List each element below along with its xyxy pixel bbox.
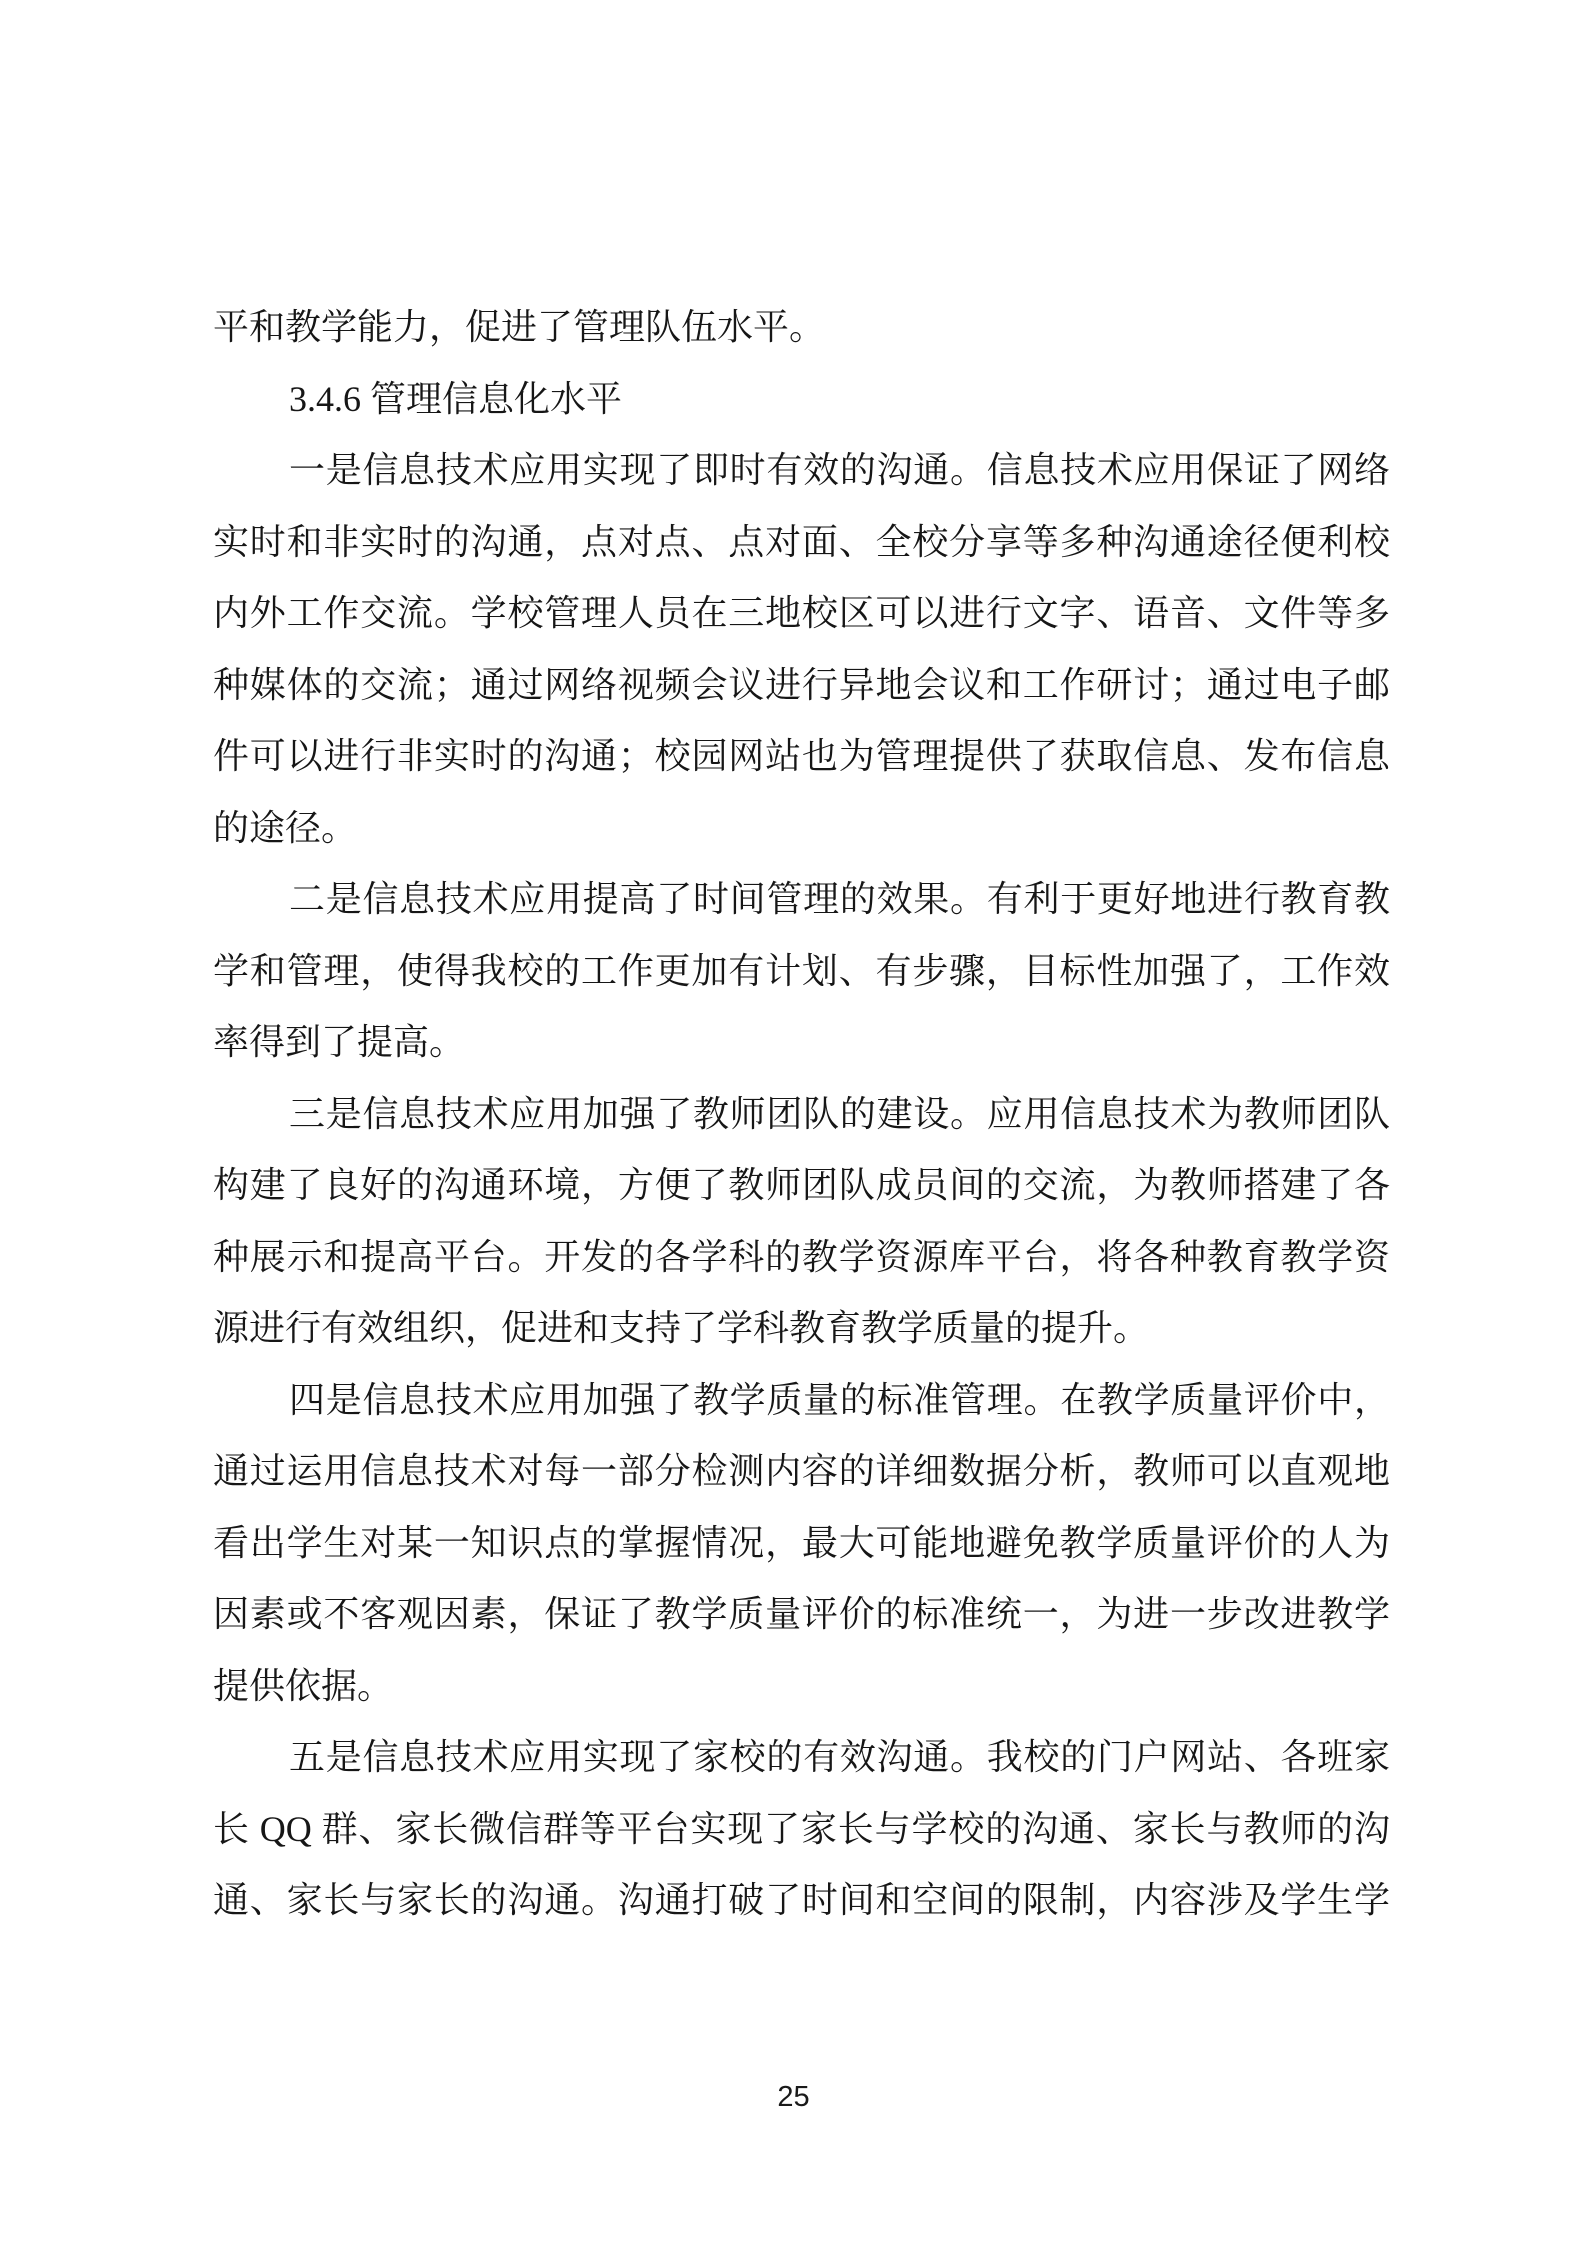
text-line: 看出学生对某一知识点的掌握情况，最大可能地避免教学质量评价的人为 [213,1508,1390,1580]
text-line: 提供依据。 [213,1651,1390,1723]
text-line: 构建了良好的沟通环境，方便了教师团队成员间的交流，为教师搭建了各 [213,1150,1390,1222]
text-line: 平和教学能力，促进了管理队伍水平。 [213,292,1390,364]
text-line: 五是信息技术应用实现了家校的有效沟通。我校的门户网站、各班家 [213,1722,1390,1794]
text-line: 实时和非实时的沟通，点对点、点对面、全校分享等多种沟通途径便利校 [213,507,1390,579]
text-line: 一是信息技术应用实现了即时有效的沟通。信息技术应用保证了网络 [213,435,1390,507]
text-line: 长 QQ 群、家长微信群等平台实现了家长与学校的沟通、家长与教师的沟 [213,1794,1390,1866]
section-heading: 3.4.6 管理信息化水平 [213,364,1390,436]
document-body: 平和教学能力，促进了管理队伍水平。3.4.6 管理信息化水平一是信息技术应用实现… [213,292,1390,1937]
text-line: 三是信息技术应用加强了教师团队的建设。应用信息技术为教师团队 [213,1079,1390,1151]
text-line: 源进行有效组织，促进和支持了学科教育教学质量的提升。 [213,1293,1390,1365]
document-page: 平和教学能力，促进了管理队伍水平。3.4.6 管理信息化水平一是信息技术应用实现… [0,0,1587,2245]
page-number: 25 [0,2080,1587,2114]
text-line: 内外工作交流。学校管理人员在三地校区可以进行文字、语音、文件等多 [213,578,1390,650]
text-line: 二是信息技术应用提高了时间管理的效果。有利于更好地进行教育教 [213,864,1390,936]
text-line: 种媒体的交流；通过网络视频会议进行异地会议和工作研讨；通过电子邮 [213,650,1390,722]
text-line: 率得到了提高。 [213,1007,1390,1079]
text-line: 学和管理，使得我校的工作更加有计划、有步骤，目标性加强了，工作效 [213,936,1390,1008]
text-line: 件可以进行非实时的沟通；校园网站也为管理提供了获取信息、发布信息 [213,721,1390,793]
text-line: 种展示和提高平台。开发的各学科的教学资源库平台，将各种教育教学资 [213,1222,1390,1294]
text-line: 的途径。 [213,793,1390,865]
text-line: 通过运用信息技术对每一部分检测内容的详细数据分析，教师可以直观地 [213,1436,1390,1508]
text-line: 通、家长与家长的沟通。沟通打破了时间和空间的限制，内容涉及学生学 [213,1865,1390,1937]
text-line: 因素或不客观因素，保证了教学质量评价的标准统一，为进一步改进教学 [213,1579,1390,1651]
text-line: 四是信息技术应用加强了教学质量的标准管理。在教学质量评价中， [213,1365,1390,1437]
